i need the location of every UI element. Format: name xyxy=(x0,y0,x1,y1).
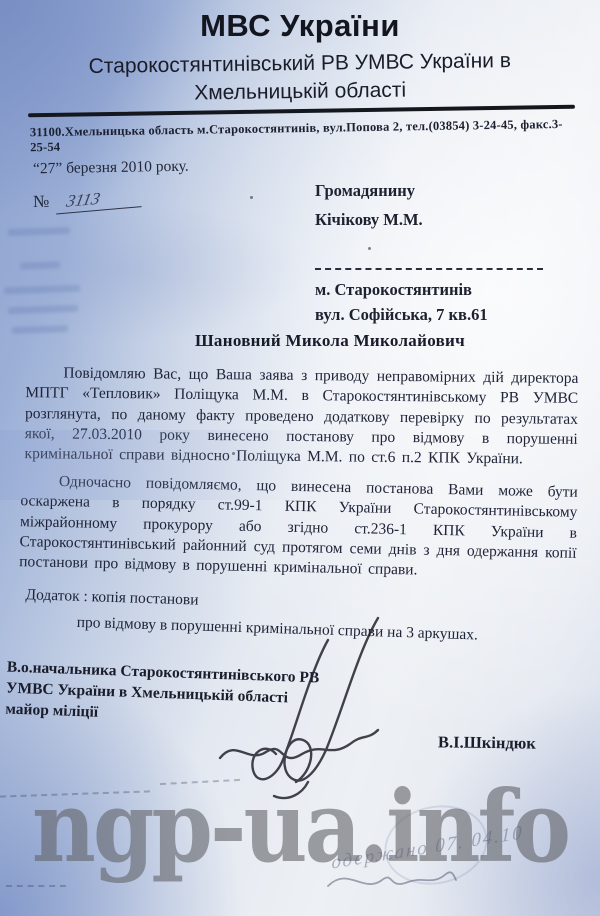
greeting-line: Шановний Микола Миколайович xyxy=(80,331,580,351)
date-line: “27” березня 2010 року. xyxy=(33,158,189,179)
letterhead-address: 31100.Хмельницька область м.Старокостянт… xyxy=(30,117,578,156)
body-paragraph-1: Повідомляю Вас, що Ваша заява з приводу … xyxy=(24,363,578,470)
ghost-text-line xyxy=(8,305,78,314)
body-paragraph-2: Одночасно повідомляємо, що винесена пост… xyxy=(19,471,578,584)
recipient-street: вул. Софійська, 7 кв.61 xyxy=(315,307,555,324)
ghost-text-line xyxy=(20,261,60,269)
dust-speck xyxy=(232,452,235,455)
recipient-separator xyxy=(315,268,543,270)
letter-photo: МВС України Старокостянтинівський РВ УМВ… xyxy=(0,0,600,916)
reference-number-label: № xyxy=(33,192,50,212)
recipient-name: Кічікову М.М. xyxy=(315,212,555,229)
recipient-title: Громадянину xyxy=(315,183,555,200)
dash-trace xyxy=(6,885,66,887)
watermark: ngp-ua.info xyxy=(0,768,600,884)
ghost-text-line xyxy=(8,227,70,236)
ghost-text-line xyxy=(12,325,68,334)
reference-number-row: № 3113 xyxy=(33,188,144,212)
ghost-text-line xyxy=(4,285,80,295)
reference-number-value: 3113 xyxy=(56,185,146,214)
org-division: Старокостянтинівський РВ УМВС України в … xyxy=(0,46,600,110)
recipient-block: Громадянину Кічікову М.М. м. Старокостян… xyxy=(315,183,555,323)
signatory-name: В.І.Шкіндюк xyxy=(438,732,536,753)
org-title: МВС України xyxy=(0,8,600,44)
recipient-city: м. Старокостянтинів xyxy=(315,282,555,299)
dust-speck xyxy=(368,247,371,250)
dust-speck xyxy=(250,196,253,199)
